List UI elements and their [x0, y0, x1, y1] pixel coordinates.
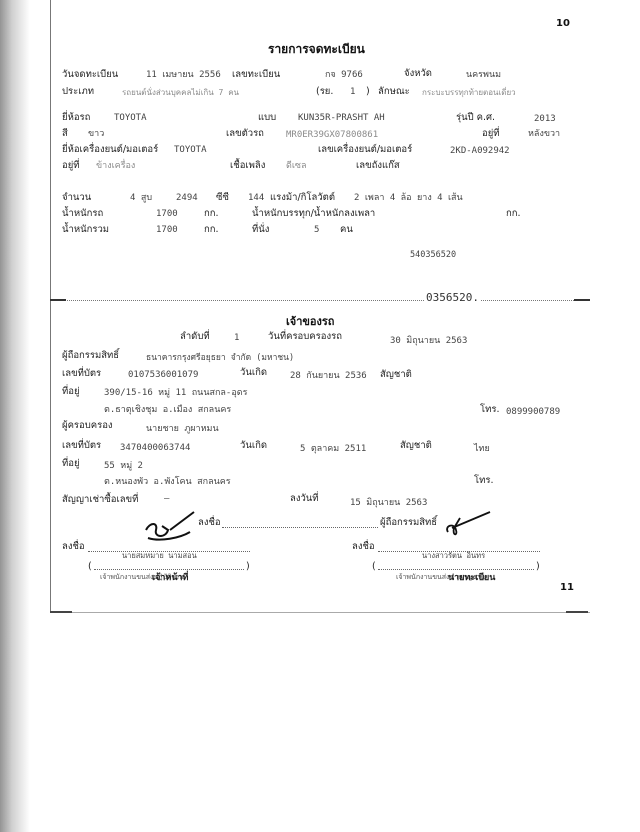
officer-paren-open: (	[88, 561, 92, 572]
page-number-top: 10	[556, 18, 570, 29]
model: KUN35R-PRASHT AH	[298, 113, 385, 124]
possessor-tel-label: โทร.	[474, 475, 494, 486]
sign-date: 15 มิถุนายน 2563	[350, 498, 427, 509]
engine-number: 2KD-A092942	[450, 146, 510, 157]
registrar-title: นายทะเบียน	[448, 573, 495, 584]
year-label: รุ่นปี ค.ศ.	[456, 112, 495, 123]
owner-birth-label: วันเกิด	[240, 367, 267, 378]
possessor-id-label: เลขที่บัตร	[62, 440, 101, 451]
owner-address-line1: 390/15-16 หมู่ 11 ถนนสกล-อุดร	[104, 388, 247, 399]
officer-sign-label: ลงชื่อ	[62, 541, 85, 552]
vehicle-style: กระบะบรรทุกท้ายตอนเดี่ยว	[422, 87, 516, 98]
officer-signature	[140, 508, 200, 542]
officer-name: นายสมหมาย นามสอน	[122, 550, 197, 561]
document-number: 540356520	[410, 250, 456, 261]
weight-unit: กก.	[204, 208, 219, 219]
divider-end	[50, 299, 66, 301]
serial-stamp: 0356520.	[424, 292, 481, 303]
weight-label: น้ำหนักรถ	[62, 208, 103, 219]
page-number-bottom: 11	[560, 582, 574, 593]
load-label: น้ำหนักบรรทุก/น้ำหนักลงเพลา	[252, 208, 375, 219]
holder-sign-line	[222, 527, 378, 528]
owner-address-line2: ต.ธาตุเชิงชุม อ.เมือง สกลนคร	[104, 405, 231, 416]
registrar-paren-close: )	[536, 561, 540, 572]
weight: 1700	[156, 209, 178, 220]
fuel-label: เชื้อเพลิง	[230, 160, 265, 171]
possessor-nationality: ไทย	[474, 444, 490, 455]
possessor-address-label: ที่อยู่	[62, 458, 80, 469]
divider-end	[574, 299, 590, 301]
gross-weight-unit: กก.	[204, 224, 219, 235]
model-label: แบบ	[258, 112, 276, 123]
seats-label: ที่นั่ง	[252, 224, 269, 235]
owner-section-title: เจ้าของรถ	[286, 316, 334, 327]
vin: MR0ER39GX07800861	[286, 130, 378, 141]
possessor-birth: 5 ตุลาคม 2511	[300, 444, 366, 455]
fuel: ดีเซล	[286, 161, 307, 172]
possess-date: 30 มิถุนายน 2563	[390, 336, 467, 347]
color-label: สี	[62, 128, 68, 139]
holder-label: ผู้ถือกรรมสิทธิ์	[380, 517, 437, 528]
axles-wheels: 2 เพลา 4 ล้อ ยาง 4 เส้น	[354, 193, 463, 204]
gross-weight-label: น้ำหนักรวม	[62, 224, 109, 235]
engine-brand: TOYOTA	[174, 145, 207, 156]
cc-label: ซีซี	[216, 192, 229, 203]
owner-nationality-label: สัญชาติ	[380, 369, 412, 380]
owner-id: 0107536001079	[128, 370, 198, 381]
plate: กจ 9766	[325, 70, 363, 81]
type-label: ประเภท	[62, 86, 94, 97]
vin-location: หลังขวา	[528, 129, 560, 140]
frame-bottom-border	[50, 612, 590, 613]
frame-left-border	[50, 0, 51, 612]
owner-id-label: เลขที่บัตร	[62, 368, 101, 379]
cc: 2494	[176, 193, 198, 204]
reg-date: 11 เมษายน 2556	[146, 70, 221, 81]
ry-value: 1	[350, 87, 355, 98]
possessor-birth-label: วันเกิด	[240, 440, 267, 451]
brand-label: ยี่ห้อรถ	[62, 112, 90, 123]
gas-tank-label: เลขถังแก๊ส	[356, 160, 400, 171]
possessor-id: 3470400063744	[120, 443, 190, 454]
registrar-paren-open: (	[372, 561, 376, 572]
load-unit: กก.	[506, 208, 521, 219]
owner-name: ธนาคารกรุงศรีอยุธยา จำกัด (มหาชน)	[146, 353, 294, 364]
registrar-name-line	[378, 569, 534, 570]
order: 1	[234, 333, 239, 344]
ry-label: (รย.	[316, 86, 333, 97]
section-divider	[50, 300, 590, 301]
frame-corner-mark	[566, 611, 588, 613]
possessor-name: นายชาย ภูผาหมน	[146, 424, 219, 435]
owner-birth: 28 กันยายน 2536	[290, 371, 367, 382]
possessor-address-line2: ต.หนองพัว อ.พังโคน สกลนคร	[104, 477, 231, 488]
possessor-address-line1: 55 หมู่ 2	[104, 461, 143, 472]
hire-purchase-label: สัญญาเช่าซื้อเลขที่	[62, 494, 138, 505]
horsepower-label: แรงม้า/กิโลวัตต์	[270, 192, 335, 203]
engine-location: ข้างเครื่อง	[96, 161, 135, 172]
province-label: จังหวัด	[404, 68, 432, 79]
sign-date-label: ลงวันที่	[290, 493, 319, 504]
owner-tel: 0899900789	[506, 407, 560, 418]
registrar-sign-label: ลงชื่อ	[352, 541, 375, 552]
seats: 5	[314, 225, 319, 236]
persons-unit: คน	[340, 224, 353, 235]
owner-label: ผู้ถือกรรมสิทธิ์	[62, 350, 119, 361]
possessor-nationality-label: สัญชาติ	[400, 440, 432, 451]
owner-tel-label: โทร.	[480, 404, 500, 415]
holder-signature	[440, 508, 496, 538]
possessor-label: ผู้ครอบครอง	[62, 420, 113, 431]
holder-sign-label: ลงชื่อ	[198, 517, 221, 528]
horsepower: 144	[248, 193, 264, 204]
hire-purchase-number: –	[164, 494, 169, 505]
color: ขาว	[88, 129, 104, 140]
count-label: จำนวน	[62, 192, 91, 203]
ry-close: )	[366, 86, 370, 97]
cylinders: 4 สูบ	[130, 193, 152, 204]
year: 2013	[534, 114, 556, 125]
plate-label: เลขทะเบียน	[232, 69, 280, 80]
order-label: ลำดับที่	[180, 331, 210, 342]
frame-corner-mark	[50, 611, 72, 613]
owner-address-label: ที่อยู่	[62, 386, 80, 397]
possess-date-label: วันที่ครอบครองรถ	[268, 331, 342, 342]
vin-location-label: อยู่ที่	[482, 128, 500, 139]
scan-shadow	[0, 0, 30, 832]
vehicle-type: รถยนต์นั่งส่วนบุคคลไม่เกิน 7 คน	[122, 87, 239, 98]
reg-date-label: วันจดทะเบียน	[62, 69, 118, 80]
engine-location-label: อยู่ที่	[62, 160, 80, 171]
officer-paren-close: )	[246, 561, 250, 572]
province: นครพนม	[466, 70, 501, 81]
officer-title: เจ้าหน้าที่	[152, 573, 188, 584]
vin-label: เลขตัวรถ	[226, 128, 264, 139]
registration-title: รายการจดทะเบียน	[268, 44, 365, 55]
engine-brand-label: ยี่ห้อเครื่องยนต์/มอเตอร์	[62, 144, 158, 155]
brand: TOYOTA	[114, 113, 147, 124]
style-label: ลักษณะ	[378, 86, 410, 97]
registrar-name: นางสาวรัตน อินทร	[422, 550, 485, 561]
officer-name-line	[94, 569, 244, 570]
gross-weight: 1700	[156, 225, 178, 236]
engine-number-label: เลขเครื่องยนต์/มอเตอร์	[318, 144, 412, 155]
